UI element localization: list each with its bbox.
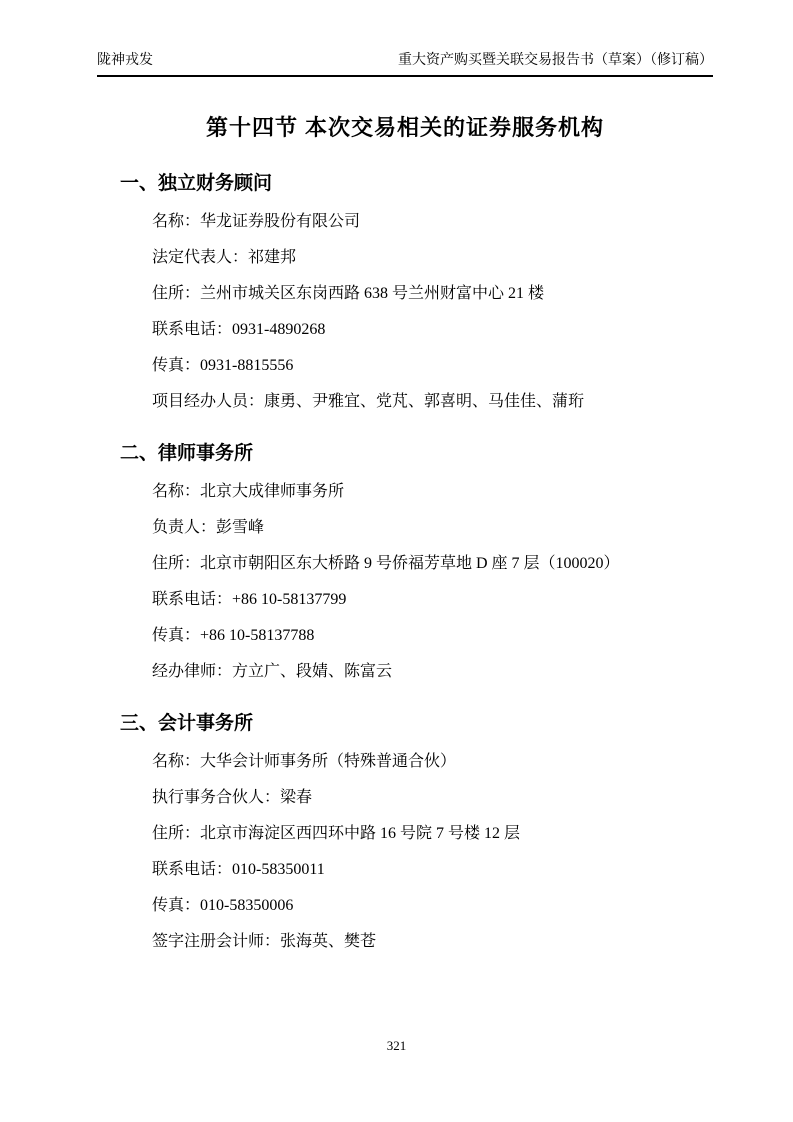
section-heading: 二、律师事务所 [120, 441, 713, 466]
field-phone: 联系电话：+86 10-58137799 [152, 589, 713, 610]
header-report-title: 重大资产购买暨关联交易报告书（草案）（修订稿） [398, 52, 713, 70]
field-fax: 传真：0931-8815556 [152, 355, 713, 376]
field-phone: 联系电话：0931-4890268 [152, 319, 713, 340]
field-fax: 传真：+86 10-58137788 [152, 625, 713, 646]
field-handling-lawyers: 经办律师：方立广、段婧、陈富云 [152, 661, 713, 682]
section-heading: 一、独立财务顾问 [120, 171, 713, 196]
field-name: 名称：北京大成律师事务所 [152, 481, 713, 502]
field-fax: 传真：010-58350006 [152, 895, 713, 916]
section-accounting-firm: 三、会计事务所 名称：大华会计师事务所（特殊普通合伙） 执行事务合伙人：梁春 住… [97, 711, 713, 952]
chapter-title: 第十四节 本次交易相关的证券服务机构 [97, 113, 713, 142]
field-executive-partner: 执行事务合伙人：梁春 [152, 787, 713, 808]
field-name: 名称：大华会计师事务所（特殊普通合伙） [152, 751, 713, 772]
field-address: 住所：北京市海淀区西四环中路 16 号院 7 号楼 12 层 [152, 823, 713, 844]
document-page: 陇神戎发 重大资产购买暨关联交易报告书（草案）（修订稿） 第十四节 本次交易相关… [0, 0, 793, 1122]
field-address: 住所：北京市朝阳区东大桥路 9 号侨福芳草地 D 座 7 层（100020） [152, 553, 713, 574]
field-name: 名称：华龙证券股份有限公司 [152, 211, 713, 232]
field-signing-cpas: 签字注册会计师：张海英、樊苍 [152, 931, 713, 952]
section-heading: 三、会计事务所 [120, 711, 713, 736]
field-phone: 联系电话：010-58350011 [152, 859, 713, 880]
field-project-staff: 项目经办人员：康勇、尹雅宜、党芃、郭喜明、马佳佳、蒲珩 [152, 391, 713, 412]
field-address: 住所：兰州市城关区东岗西路 638 号兰州财富中心 21 楼 [152, 283, 713, 304]
section-independent-financial-advisor: 一、独立财务顾问 名称：华龙证券股份有限公司 法定代表人：祁建邦 住所：兰州市城… [97, 171, 713, 412]
section-law-firm: 二、律师事务所 名称：北京大成律师事务所 负责人：彭雪峰 住所：北京市朝阳区东大… [97, 441, 713, 682]
page-header: 陇神戎发 重大资产购买暨关联交易报告书（草案）（修订稿） [97, 52, 713, 77]
header-company-name: 陇神戎发 [97, 52, 153, 70]
page-number: 321 [0, 1038, 793, 1054]
field-person-in-charge: 负责人：彭雪峰 [152, 517, 713, 538]
field-legal-representative: 法定代表人：祁建邦 [152, 247, 713, 268]
